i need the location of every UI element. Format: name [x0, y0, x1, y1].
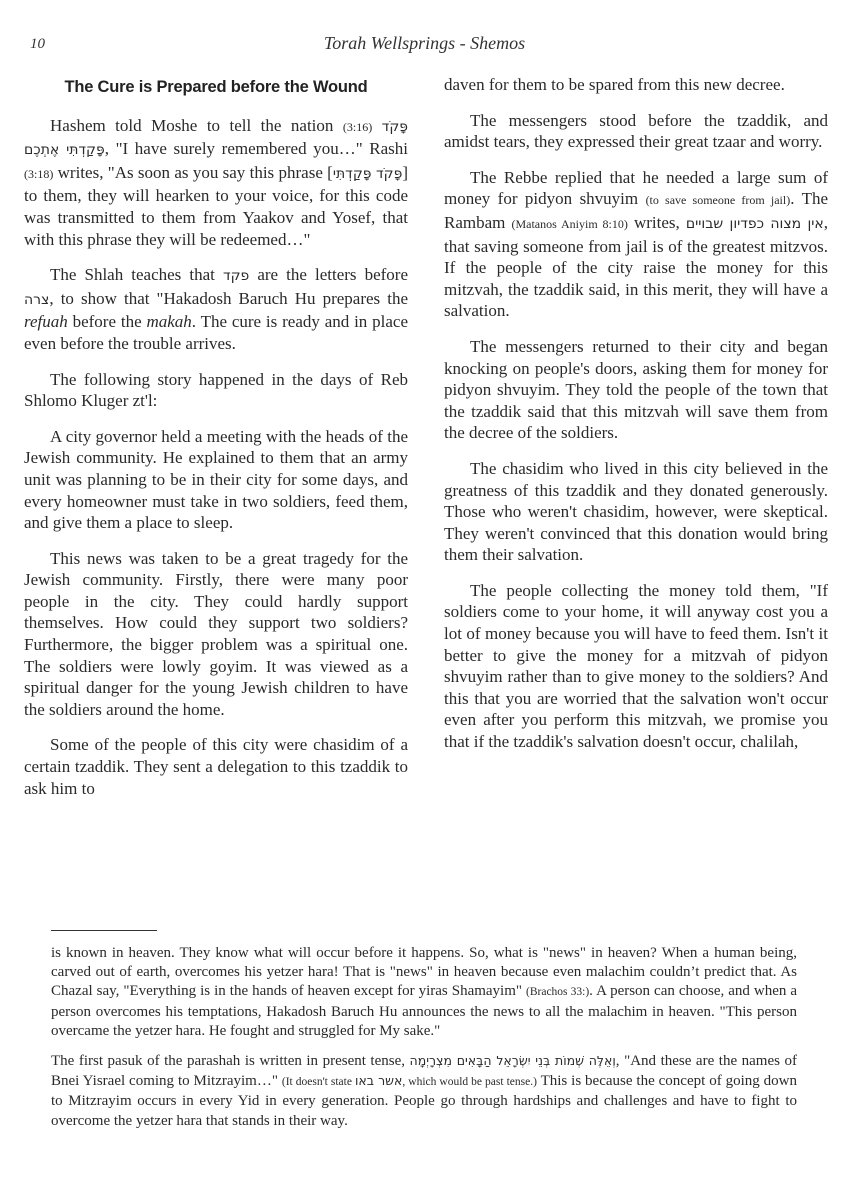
citation: (Matanos Aniyim 8:10): [511, 217, 627, 231]
italic-term: makah: [146, 312, 191, 331]
paragraph: The Rebbe replied that he needed a large…: [444, 167, 828, 322]
paragraph: The following story happened in the days…: [24, 369, 408, 412]
footnote: is known in heaven. They know what will …: [51, 944, 797, 1041]
left-column: The Cure is Prepared before the Wound Ha…: [24, 74, 408, 813]
citation: (3:16): [343, 120, 372, 134]
italic-term: refuah: [24, 312, 68, 331]
hebrew-text: צרה: [24, 292, 49, 308]
right-column: daven for them to be spared from this ne…: [444, 74, 828, 767]
section-heading: The Cure is Prepared before the Wound: [24, 77, 408, 99]
hebrew-text: פָּקֹד פָּקַדְתִּי: [333, 166, 403, 182]
paragraph: The messengers returned to their city an…: [444, 336, 828, 444]
paragraph: The people collecting the money told the…: [444, 580, 828, 753]
hebrew-text: אשר באו: [355, 1073, 402, 1088]
footnotes: is known in heaven. They know what will …: [51, 944, 797, 1141]
citation: (to save someone from jail): [646, 193, 791, 207]
citation: (3:18): [24, 167, 53, 181]
paragraph: The chasidim who lived in this city beli…: [444, 458, 828, 566]
hebrew-text: פקד: [223, 268, 249, 284]
paragraph: Hashem told Moshe to tell the nation (3:…: [24, 115, 408, 251]
running-head: Torah Wellsprings - Shemos: [0, 33, 849, 54]
paragraph: daven for them to be spared from this ne…: [444, 74, 828, 96]
footnote-divider: [51, 930, 157, 931]
citation: (Brachos 33:): [526, 986, 589, 998]
paragraph: A city governor held a meeting with the …: [24, 426, 408, 534]
footnote: The first pasuk of the parashah is writt…: [51, 1051, 797, 1131]
hebrew-text: וְאֵלֶּה שְׁמוֹת בְּנֵי יִשְׂרָאֵל הַבָּ…: [410, 1053, 616, 1068]
paragraph: This news was taken to be a great traged…: [24, 548, 408, 721]
hebrew-text: אין מצוה כפדיון שבויים: [686, 216, 824, 232]
paragraph: Some of the people of this city were cha…: [24, 734, 408, 799]
paragraph: The Shlah teaches that פקד are the lette…: [24, 264, 408, 354]
paragraph: The messengers stood before the tzaddik,…: [444, 110, 828, 153]
